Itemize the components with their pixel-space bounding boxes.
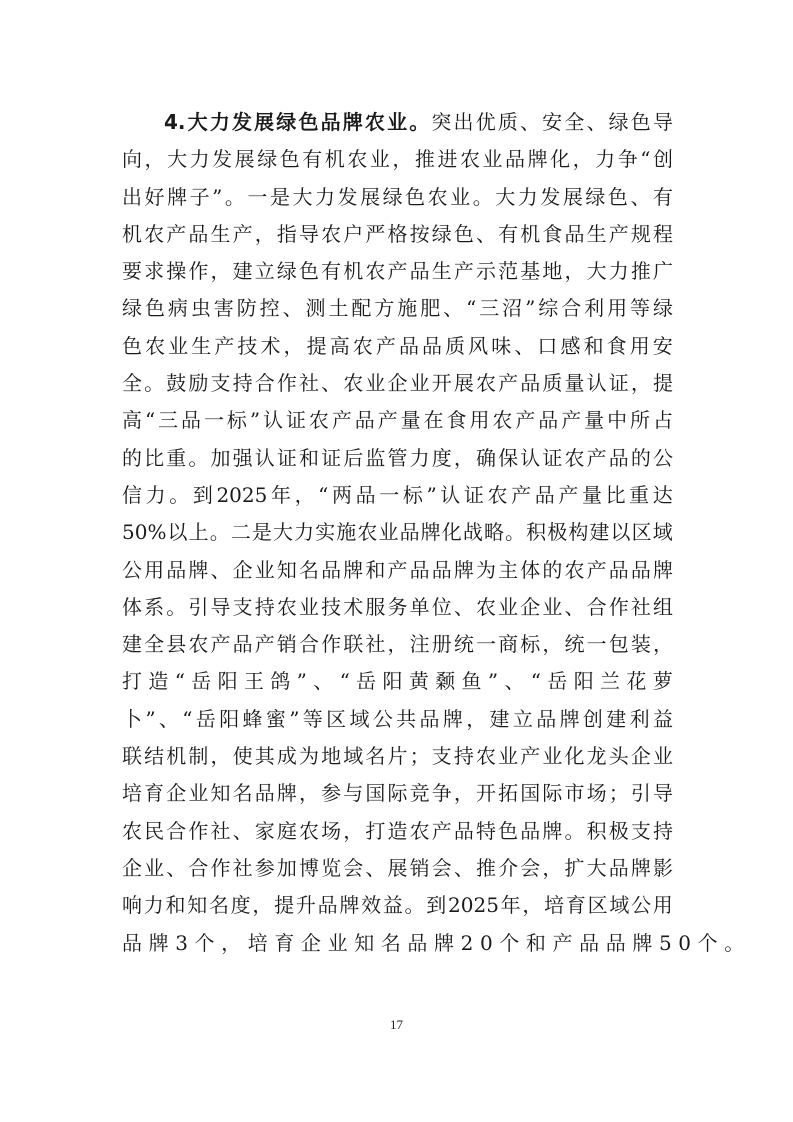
text-char: 利 xyxy=(584,290,604,327)
text-char: 基 xyxy=(520,253,540,290)
text-char: 量 xyxy=(582,477,602,514)
text-char: 格 xyxy=(388,216,408,253)
text-char: 区 xyxy=(326,701,346,738)
page-number: 17 xyxy=(0,1017,793,1033)
text-char: 。 xyxy=(505,514,525,551)
text-char: 度 xyxy=(231,887,251,924)
text-char: 农 xyxy=(144,216,164,253)
text-char: 品 xyxy=(122,925,149,962)
text-char: 利 xyxy=(630,701,650,738)
text-char: 。 xyxy=(169,477,189,514)
text-char: 绿 xyxy=(585,179,605,216)
text-char: ” xyxy=(488,663,498,700)
text-char: 方 xyxy=(374,290,394,327)
text-char: 农 xyxy=(488,477,508,514)
text-char: 配 xyxy=(351,290,371,327)
text-line: 色农业生产技术，提高农产品品质风味、口感和食用安 xyxy=(122,328,673,365)
text-char: 向 xyxy=(122,141,142,178)
text-char: 等 xyxy=(630,290,650,327)
heading-char: 发 xyxy=(232,104,252,141)
text-char: 竞 xyxy=(410,775,430,812)
text-char: 战 xyxy=(463,514,483,551)
text-char: 大 xyxy=(273,514,293,551)
text-char: 持 xyxy=(454,738,474,775)
text-char: 产 xyxy=(609,216,629,253)
document-page: 4.大力发展绿色品牌农业。突出优质、安全、绿色导向，大力发展绿色有机农业，推进农… xyxy=(0,0,793,1122)
text-line: 农民合作社、家庭农场，打造农产品特色品牌。积极支持 xyxy=(122,813,673,850)
text-char: 岳 xyxy=(356,663,376,700)
text-char: 色 xyxy=(498,813,518,850)
text-char: 是 xyxy=(252,514,272,551)
text-char: 三 xyxy=(479,290,499,327)
heading-char: 大 xyxy=(188,104,208,141)
text-char: 蜂 xyxy=(243,701,263,738)
text-char: 合 xyxy=(255,365,275,402)
text-char: 有 xyxy=(321,253,341,290)
text-char: 绿 xyxy=(122,290,142,327)
text-char: 为 xyxy=(476,552,496,589)
text-char: 品 xyxy=(454,813,474,850)
text-char: 公 xyxy=(373,701,393,738)
text-char: 牌 xyxy=(653,552,673,589)
text-char: 、 xyxy=(443,290,463,327)
text-char: 、 xyxy=(520,104,540,141)
text-char: 色 xyxy=(405,179,425,216)
text-char: 农 xyxy=(343,365,363,402)
text-char: 合 xyxy=(188,850,208,887)
text-char: 牌 xyxy=(631,850,651,887)
text-char: 国 xyxy=(520,775,540,812)
text-char: 、 xyxy=(514,328,534,365)
text-char: 家 xyxy=(255,813,275,850)
text-char: 牌 xyxy=(167,179,187,216)
text-char: 业 xyxy=(299,589,319,626)
text-line: 出好牌子”。一是大力发展绿色农业。大力发展绿色、有 xyxy=(122,179,673,216)
text-char: 导 xyxy=(211,589,231,626)
text-char: 产 xyxy=(376,328,396,365)
text-char: 比 xyxy=(606,477,626,514)
text-char: “ xyxy=(145,402,155,439)
text-char: 农 xyxy=(277,589,297,626)
text-char: 区 xyxy=(588,887,608,924)
text-char: 一 xyxy=(204,402,224,439)
text-char: 力 xyxy=(410,440,430,477)
text-char: 、 xyxy=(365,850,385,887)
text-char: 域 xyxy=(653,514,673,551)
text-char: 业 xyxy=(370,141,390,178)
text-char: 、 xyxy=(630,179,650,216)
text-char: 导 xyxy=(653,775,673,812)
text-char: 一 xyxy=(247,179,267,216)
text-char: 土 xyxy=(328,290,348,327)
text-char: 用 xyxy=(607,290,627,327)
text-char: 证 xyxy=(609,365,629,402)
text-char: 牌 xyxy=(421,514,441,551)
text-char: 装 xyxy=(631,626,651,663)
text-char: ， xyxy=(522,887,542,924)
text-char: ， xyxy=(299,775,319,812)
text-line: 50%以上。二是大力实施农业品牌化战略。积极构建以区域 xyxy=(122,514,673,551)
text-char: 产 xyxy=(454,253,474,290)
text-char: 业 xyxy=(365,365,385,402)
text-char: 品 xyxy=(432,552,452,589)
text-char: 、 xyxy=(476,216,496,253)
text-char: 全 xyxy=(144,626,164,663)
text-char: 博 xyxy=(299,850,319,887)
text-char: 认 xyxy=(440,477,460,514)
text-char: 保 xyxy=(498,440,518,477)
text-char: 指 xyxy=(277,216,297,253)
text-char: 国 xyxy=(365,775,385,812)
heading-char: 牌 xyxy=(343,104,363,141)
text-char: 度 xyxy=(432,440,452,477)
text-char: 社 xyxy=(365,626,385,663)
heading-char: 业 xyxy=(387,104,407,141)
text-char: 统 xyxy=(565,626,585,663)
text-char: 影 xyxy=(653,850,673,887)
heading-char: 展 xyxy=(254,104,274,141)
text-char: 50 xyxy=(659,925,698,962)
text-char: 实 xyxy=(315,514,335,551)
text-char: 机 xyxy=(166,738,186,775)
text-char: “ xyxy=(531,663,541,700)
text-char: ” xyxy=(212,179,222,216)
text-char: 业 xyxy=(498,738,518,775)
text-char: 建 xyxy=(606,701,626,738)
text-char: “ xyxy=(175,663,185,700)
text-char: 花 xyxy=(626,663,646,700)
text-char: 品 xyxy=(505,141,525,178)
text-char: 认 xyxy=(263,402,283,439)
text-char: 社 xyxy=(299,365,319,402)
text-char: 市 xyxy=(565,775,585,812)
text-char: 品 xyxy=(355,402,375,439)
text-char: 引 xyxy=(631,775,651,812)
text-char: 害 xyxy=(214,290,234,327)
text-line: 体系。引导支持农业技术服务单位、农业企业、合作社组 xyxy=(122,589,673,626)
text-char: 牌 xyxy=(149,925,176,962)
text-char: ， xyxy=(211,738,231,775)
text-char: 量 xyxy=(584,402,604,439)
text-char: 业 xyxy=(542,738,562,775)
text-char: 社 xyxy=(233,850,253,887)
text-char: 公 xyxy=(122,552,142,589)
text-char: 病 xyxy=(168,290,188,327)
text-char: 农 xyxy=(428,179,448,216)
text-char: 系 xyxy=(144,589,164,626)
text-char: 50% xyxy=(122,514,166,551)
text-char: 际 xyxy=(542,775,562,812)
text-char: 食 xyxy=(447,402,467,439)
text-char: 、 xyxy=(159,701,179,738)
heading-char: 力 xyxy=(210,104,230,141)
text-char: ， xyxy=(252,887,272,924)
text-char: 品 xyxy=(520,365,540,402)
text-char: 合 xyxy=(561,290,581,327)
text-char: 。 xyxy=(405,887,425,924)
text-char: 区 xyxy=(632,514,652,551)
text-char: 育 xyxy=(566,887,586,924)
text-line: 向，大力发展绿色有机农业，推进农业品牌化，力争“创 xyxy=(122,141,673,178)
text-char: 培 xyxy=(248,925,275,962)
text-char: 产 xyxy=(561,402,581,439)
text-line: 机农产品生产，指导农户严格按绿色、有机食品生产规程 xyxy=(122,216,673,253)
text-char: 操 xyxy=(166,253,186,290)
text-char: 产 xyxy=(520,738,540,775)
text-char: 业 xyxy=(378,514,398,551)
text-char: 品 xyxy=(410,552,430,589)
text-char: 品 xyxy=(400,514,420,551)
text-char: 知 xyxy=(211,775,231,812)
text-char: 证 xyxy=(464,477,484,514)
text-char: 肥 xyxy=(420,290,440,327)
text-char: 创 xyxy=(653,141,673,178)
text-char: 扩 xyxy=(565,850,585,887)
text-char: 广 xyxy=(653,253,673,290)
text-char: 企 xyxy=(122,850,142,887)
text-char: 销 xyxy=(410,850,430,887)
text-char: 绿 xyxy=(609,104,629,141)
text-char: 展 xyxy=(563,179,583,216)
text-char: 建 xyxy=(490,701,510,738)
text-char: 品 xyxy=(535,477,555,514)
text-char: 品 xyxy=(356,477,376,514)
text-char: 社 xyxy=(631,589,651,626)
text-char: 农 xyxy=(188,626,208,663)
text-char: 牌 xyxy=(454,552,474,589)
text-char: 发 xyxy=(338,179,358,216)
text-char: 证 xyxy=(321,440,341,477)
text-char: 技 xyxy=(237,328,257,365)
text-line: 建全县农产品产销合作联社，注册统一商标，统一包装， xyxy=(122,626,673,663)
text-char: 创 xyxy=(583,701,603,738)
text-char: 机 xyxy=(122,216,142,253)
text-char: 示 xyxy=(476,253,496,290)
text-char: 机 xyxy=(343,253,363,290)
text-char: 风 xyxy=(468,328,488,365)
text-char: 到 xyxy=(193,477,213,514)
text-line: 品牌3个，培育企业知名品牌20个和产品品牌50个。 xyxy=(122,925,673,962)
heading-char: 色 xyxy=(298,104,318,141)
text-char: 牌 xyxy=(343,552,363,589)
text-char: 2025 xyxy=(216,477,267,514)
text-char: 绿 xyxy=(257,141,277,178)
text-char: 参 xyxy=(255,850,275,887)
text-char: 农 xyxy=(476,738,496,775)
text-char: ， xyxy=(454,440,474,477)
text-char: 合 xyxy=(587,589,607,626)
text-char: 年 xyxy=(501,887,521,924)
text-char: 品 xyxy=(565,216,585,253)
text-char: 民 xyxy=(144,813,164,850)
text-char: 生 xyxy=(211,216,231,253)
text-char: 业 xyxy=(483,141,503,178)
text-char: 作 xyxy=(188,813,208,850)
text-char: 产 xyxy=(332,402,352,439)
text-char: ， xyxy=(392,141,412,178)
text-char: 牌 xyxy=(542,813,562,850)
text-char: 有 xyxy=(653,179,673,216)
text-char: 色 xyxy=(280,141,300,178)
text-char: 施 xyxy=(336,514,356,551)
text-char: 。 xyxy=(724,925,751,962)
text-char: 造 xyxy=(388,813,408,850)
text-char: 岳 xyxy=(547,663,567,700)
text-char: 品 xyxy=(318,887,338,924)
text-char: 导 xyxy=(653,104,673,141)
text-char: 产 xyxy=(515,402,535,439)
text-char: 制 xyxy=(188,738,208,775)
text-char: 用 xyxy=(653,887,673,924)
text-char: 力 xyxy=(146,477,166,514)
text-char: 牌 xyxy=(528,141,548,178)
text-char: 机 xyxy=(520,216,540,253)
text-char: 范 xyxy=(498,253,518,290)
text-char: 开 xyxy=(476,775,496,812)
text-char: 中 xyxy=(607,402,627,439)
text-char: 览 xyxy=(321,850,341,887)
text-char: 化 xyxy=(442,514,462,551)
text-char: 庭 xyxy=(277,813,297,850)
text-line: 的比重。加强认证和证后监管力度，确保认证农产品的公 xyxy=(122,440,673,477)
text-char: 、 xyxy=(565,589,585,626)
text-char: 大 xyxy=(587,850,607,887)
text-char: 合 xyxy=(299,626,319,663)
text-line: 公用品牌、企业知名品牌和产品品牌为主体的农产品品牌 xyxy=(122,552,673,589)
text-char: 知 xyxy=(187,887,207,924)
text-char: 参 xyxy=(321,775,341,812)
text-char: 等 xyxy=(303,701,323,738)
text-char: 业 xyxy=(450,179,470,216)
text-char: 支 xyxy=(211,365,231,402)
text-char: 引 xyxy=(188,589,208,626)
text-char: 的 xyxy=(122,440,142,477)
text-char: 力 xyxy=(294,514,314,551)
text-char: 组 xyxy=(653,589,673,626)
text-char: 农 xyxy=(347,141,367,178)
text-char: 企 xyxy=(166,775,186,812)
text-char: 作 xyxy=(188,253,208,290)
text-char: 标 xyxy=(227,402,247,439)
text-char: 。 xyxy=(473,179,493,216)
text-char: 标 xyxy=(520,626,540,663)
text-char: 农 xyxy=(145,328,165,365)
text-char: 作 xyxy=(321,626,341,663)
text-char: 励 xyxy=(188,365,208,402)
text-char: 3 xyxy=(175,925,194,962)
text-char: 持 xyxy=(233,365,253,402)
text-char: ， xyxy=(343,813,363,850)
text-char: 产 xyxy=(511,477,531,514)
text-char: 、 xyxy=(283,290,303,327)
text-line: 信力。到2025年，“两品一标”认证农产品产量比重达 xyxy=(122,477,673,514)
text-char: 标 xyxy=(403,477,423,514)
text-char: ； xyxy=(609,775,629,812)
text-char: 力 xyxy=(190,141,210,178)
text-char: 卜 xyxy=(122,701,142,738)
text-char: 业 xyxy=(144,850,164,887)
text-char: 绿 xyxy=(383,179,403,216)
text-char: 技 xyxy=(321,589,341,626)
text-char: 产 xyxy=(388,552,408,589)
text-char: ， xyxy=(631,365,651,402)
text-char: 色 xyxy=(299,253,319,290)
text-char: ， xyxy=(573,141,593,178)
text-char: 提 xyxy=(653,365,673,402)
text-char: “ xyxy=(340,663,350,700)
text-char: 支 xyxy=(432,738,452,775)
text-char: ， xyxy=(466,701,486,738)
text-char: 子 xyxy=(190,179,210,216)
text-char: 量 xyxy=(565,365,585,402)
text-char: 一 xyxy=(379,477,399,514)
text-char: 农 xyxy=(321,216,341,253)
text-char: 品 xyxy=(188,216,208,253)
text-char: 立 xyxy=(255,253,275,290)
text-char: 色 xyxy=(608,179,628,216)
text-char: 产 xyxy=(378,402,398,439)
text-char: 介 xyxy=(498,850,518,887)
text-char: 品 xyxy=(166,552,186,589)
text-char: 。 xyxy=(565,813,585,850)
text-char: 品 xyxy=(579,925,606,962)
text-line: 4.大力发展绿色品牌农业。突出优质、安全、绿色导 xyxy=(122,104,673,141)
text-char: 合 xyxy=(166,813,186,850)
text-char: 和 xyxy=(584,328,604,365)
text-char: 联 xyxy=(122,738,142,775)
text-char: 社 xyxy=(211,813,231,850)
text-char: 名 xyxy=(299,552,319,589)
text-char: 农 xyxy=(460,141,480,178)
text-char: 名 xyxy=(233,775,253,812)
text-char: 上 xyxy=(189,514,209,551)
text-char: 色 xyxy=(454,216,474,253)
text-char: 略 xyxy=(484,514,504,551)
text-char: “ xyxy=(318,477,328,514)
text-char: 务 xyxy=(388,589,408,626)
text-char: 品 xyxy=(233,626,253,663)
text-char: 业 xyxy=(328,925,355,962)
text-char: 食 xyxy=(607,328,627,365)
text-char: 销 xyxy=(277,626,297,663)
text-char: 作 xyxy=(277,365,297,402)
text-char: 好 xyxy=(145,179,165,216)
text-char: 农 xyxy=(565,440,585,477)
text-char: 头 xyxy=(609,738,629,775)
text-char: 出 xyxy=(454,104,474,141)
text-char: 全 xyxy=(564,104,584,141)
text-char: 的 xyxy=(542,552,562,589)
text-char: 生 xyxy=(432,253,452,290)
text-char: 大 xyxy=(167,141,187,178)
text-char: 用 xyxy=(630,328,650,365)
text-char: ， xyxy=(542,850,562,887)
text-char: 证 xyxy=(286,402,306,439)
text-char: 品 xyxy=(399,328,419,365)
text-char: 产 xyxy=(553,925,580,962)
text-char: 安 xyxy=(542,104,562,141)
text-char: 位 xyxy=(432,589,452,626)
text-char: 牌 xyxy=(434,925,461,962)
text-char: 作 xyxy=(609,589,629,626)
text-char: ， xyxy=(542,626,562,663)
text-char: 品 xyxy=(536,701,556,738)
text-char: 企 xyxy=(631,738,651,775)
text-char: 质 xyxy=(445,328,465,365)
text-char: 阳 xyxy=(218,663,238,700)
text-char: 生 xyxy=(587,216,607,253)
heading-char: 品 xyxy=(321,104,341,141)
